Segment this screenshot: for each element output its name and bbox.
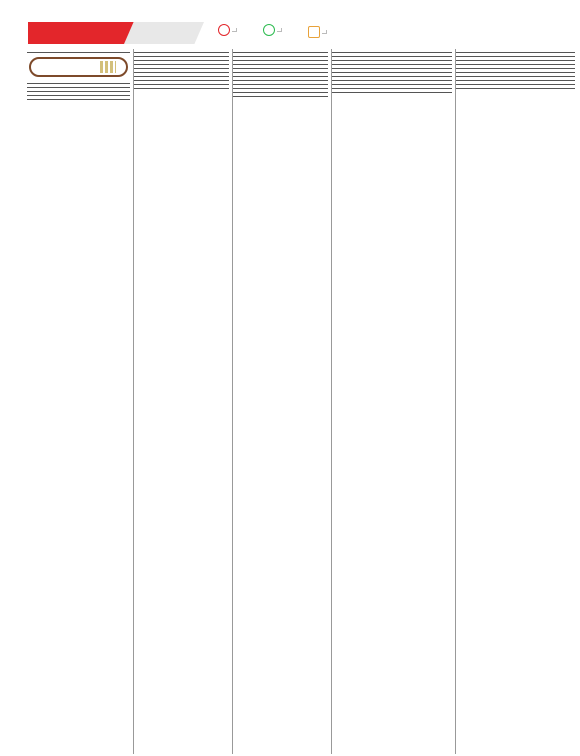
column-3: [232, 49, 328, 754]
column-5: [455, 49, 575, 754]
classified-ad: [456, 85, 575, 89]
classified-ad: [233, 93, 328, 97]
contact-whatsapp: [263, 24, 282, 36]
contact-email: [308, 26, 327, 38]
contact-phone: [218, 24, 237, 36]
section-banner: [28, 22, 140, 44]
column-1: [27, 49, 130, 754]
column-2: [133, 49, 228, 754]
whatsapp-icon: [263, 24, 275, 36]
newspaper-logo: [124, 22, 204, 44]
family-tree-icon: [100, 61, 116, 73]
column-4: [331, 49, 451, 754]
section-header-sucesiones: [29, 57, 128, 77]
classified-ad: [332, 89, 451, 93]
classified-ad: [27, 96, 130, 100]
mail-icon: [308, 26, 320, 38]
classified-ad: [27, 49, 130, 53]
classified-ad: [134, 85, 228, 89]
page-header: [28, 22, 573, 44]
phone-icon: [218, 24, 230, 36]
classifieds-columns: [27, 49, 575, 754]
